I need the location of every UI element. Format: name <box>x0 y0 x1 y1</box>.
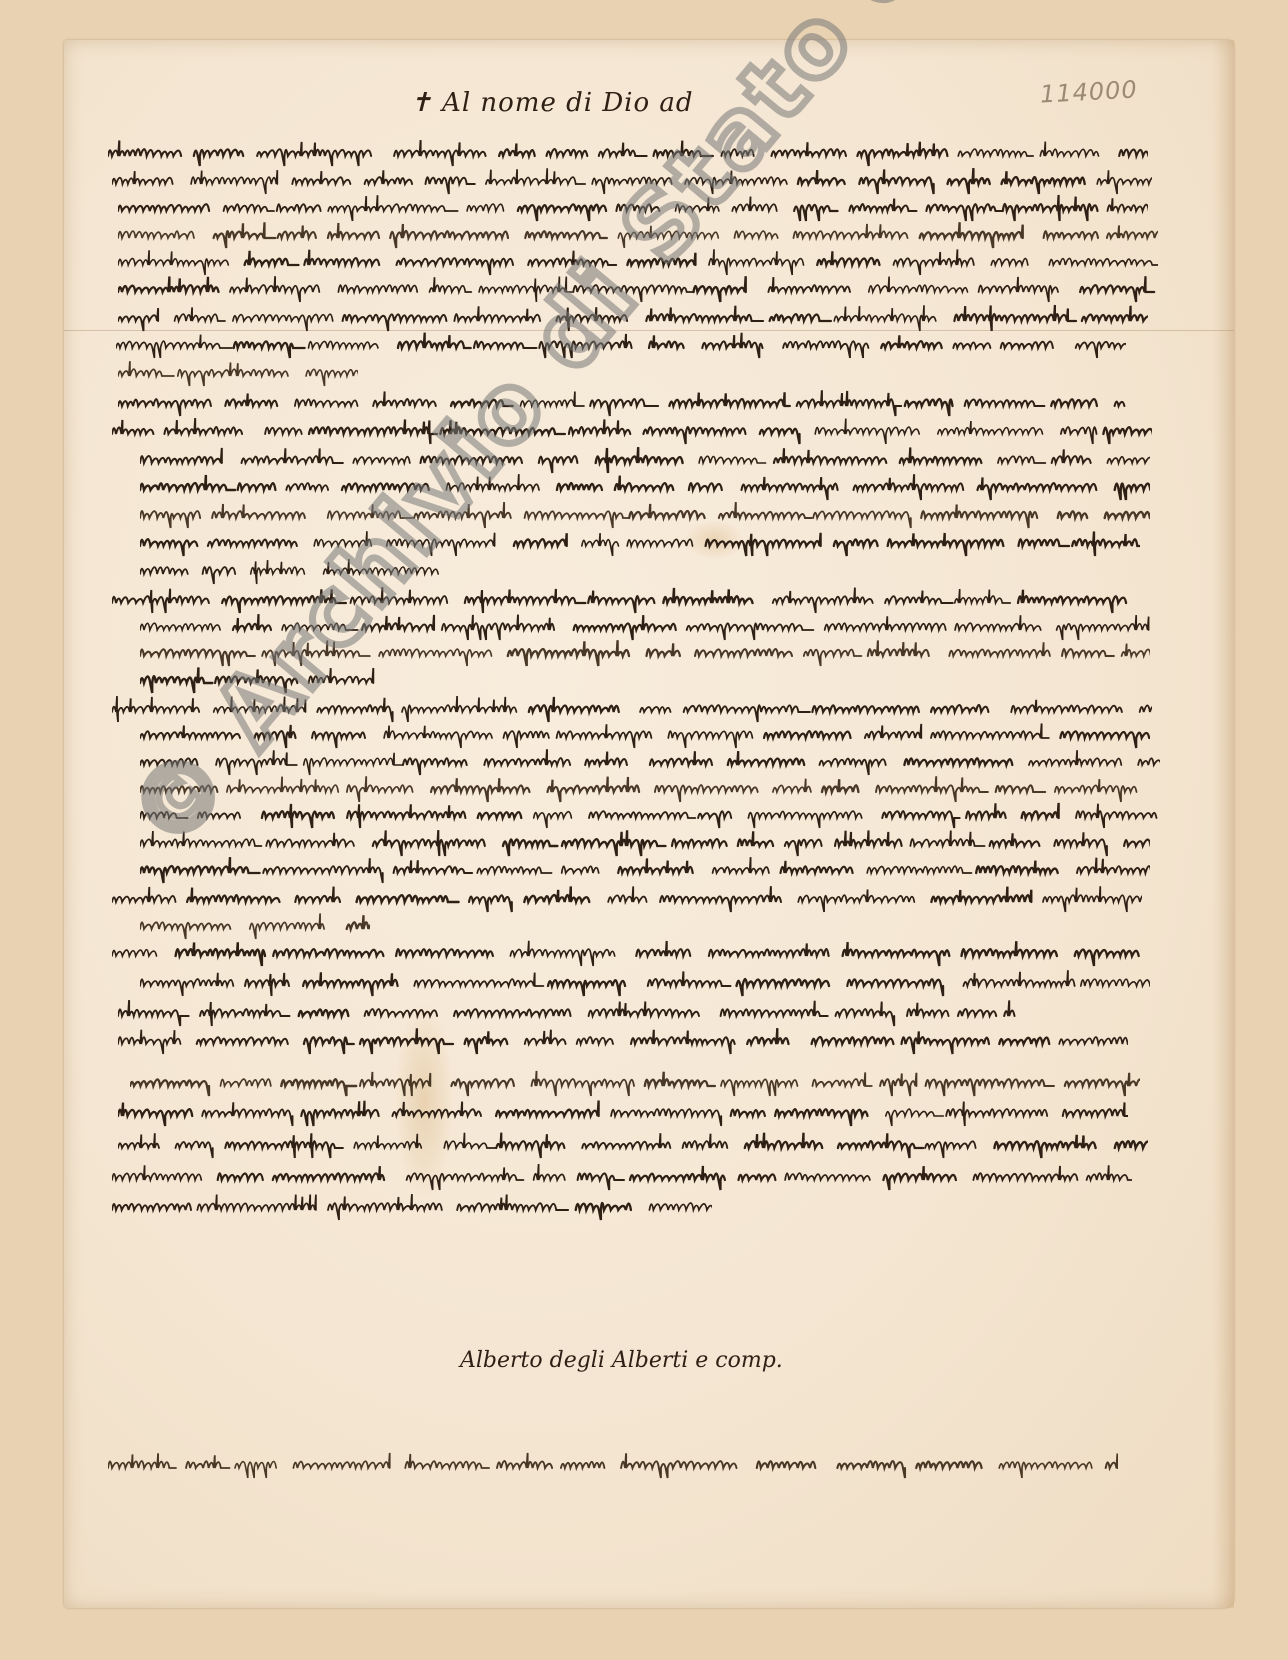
manuscript-line: … tutondirea … XL … <box>118 998 1018 1028</box>
manuscript-line: in altri luoghi … gondarinum … <box>118 247 1158 277</box>
ink-stroke-icon <box>112 416 1152 446</box>
ink-stroke-icon <box>140 968 1150 998</box>
ink-stroke-icon <box>140 720 1150 750</box>
manuscript-line: nostra … vostra … / tutondirea … <box>140 720 1150 750</box>
ink-stroke-icon <box>118 247 1158 277</box>
ink-stroke-icon <box>118 998 1018 1028</box>
ink-stroke-icon <box>116 330 1126 360</box>
ink-stroke-icon <box>112 1192 712 1222</box>
manuscript-line: panche … 25 … <box>130 1068 1140 1098</box>
ink-stroke-icon <box>118 274 1158 304</box>
invocation-heading: ✝ Al nome di Dio ad <box>410 88 694 118</box>
manuscript-line: — Sanno … 800 / … <box>118 1130 1148 1160</box>
manuscript-line: … anno … orti … <box>140 528 1140 558</box>
manuscript-line: inviamo … abiamo vostro … <box>140 445 1150 475</box>
ink-stroke-icon <box>108 138 1148 168</box>
ink-stroke-icon <box>140 747 1160 777</box>
ink-stroke-icon <box>112 1162 1132 1192</box>
manuscript-line: Ql. Ultime lettere vostre vidamo quanto … <box>108 138 1148 168</box>
ink-stroke-icon <box>140 556 440 586</box>
ink-stroke-icon <box>112 938 1142 968</box>
manuscript-line: … gondalo … <box>140 855 1150 885</box>
signature: Alberto degli Alberti e comp. <box>460 1348 783 1373</box>
manuscript-line: … nabiamo … / <box>140 911 370 941</box>
ink-stroke-icon <box>140 445 1150 475</box>
manuscript-line: … /quando … 100 … <box>140 968 1150 998</box>
ink-stroke-icon <box>118 193 1148 223</box>
ink-stroke-icon <box>140 911 370 941</box>
ink-stroke-icon <box>140 638 1150 668</box>
ink-stroke-icon <box>108 1450 1118 1480</box>
manuscript-line: … 400 500 / … <box>140 828 1150 858</box>
manuscript-line: … vostro … <box>118 1098 1128 1128</box>
manuscript-line: Nonosagnano / sechatte / fornimo delbian… <box>112 166 1152 196</box>
manuscript-line: … ornamento … <box>140 665 380 695</box>
manuscript-line: … ne anno / <box>140 556 440 586</box>
manuscript-line: … XL … <box>108 1450 1118 1480</box>
ink-stroke-icon <box>140 828 1150 858</box>
ink-stroke-icon <box>118 303 1148 333</box>
manuscript-line: Abiamo … lettere … cholmandiamo … <box>118 388 1128 418</box>
ink-stroke-icon <box>112 585 1142 615</box>
manuscript-line: delle chose vendute hanno … <box>118 220 1158 250</box>
archive-number: 114000 <box>1039 75 1138 108</box>
ink-stroke-icon <box>140 472 1150 502</box>
manuscript-line: Dopo … saranno … <box>112 884 1142 914</box>
ink-stroke-icon <box>118 1026 1128 1056</box>
manuscript-line: … anno … <box>140 800 1160 830</box>
ink-stroke-icon <box>140 665 380 695</box>
manuscript-line: … biamo … / tutondirea … <box>140 638 1150 668</box>
ink-stroke-icon <box>140 800 1160 830</box>
ink-stroke-icon <box>118 1098 1128 1128</box>
manuscript-line: … valute … <box>118 1026 1128 1056</box>
ink-stroke-icon <box>118 220 1158 250</box>
ink-stroke-icon <box>112 884 1142 914</box>
ink-stroke-icon <box>112 166 1152 196</box>
manuscript-line: — Sopra … vegamo quanto di quello … <box>112 416 1152 446</box>
manuscript-line: — Sopra … vegamo quanto di … <box>112 585 1142 615</box>
manuscript-line: … habbiamo … richiamo … anno <box>140 472 1150 502</box>
ink-stroke-icon <box>140 528 1140 558</box>
ink-stroke-icon <box>140 855 1150 885</box>
ink-stroke-icon <box>130 1068 1140 1098</box>
manuscript-line: alghe di chanchune … 12 613 danari … <box>118 274 1158 304</box>
ink-stroke-icon <box>118 388 1128 418</box>
manuscript-line: Chambi … 33 1/8 … 34 … 33 … <box>112 1162 1132 1192</box>
manuscript-line: … abiano … 80 / vostra <box>140 747 1160 777</box>
manuscript-line: Di Pietro di Baldacchino … habbiamo … <box>116 330 1126 360</box>
ink-stroke-icon <box>118 358 358 388</box>
ink-stroke-icon <box>140 500 1150 530</box>
manuscript-line: fornire / lochare / sono / che dicha van… <box>118 193 1148 223</box>
manuscript-line: … hanno … XL … <box>140 500 1150 530</box>
ink-stroke-icon <box>118 1130 1148 1160</box>
manuscript-line: — Solo … /anno … <box>112 1192 712 1222</box>
manuscript-line: panchi … <box>118 358 358 388</box>
manuscript-line: — Sopra … dinari … <box>112 938 1142 968</box>
manuscript-line: glione … fardello … <box>118 303 1148 333</box>
